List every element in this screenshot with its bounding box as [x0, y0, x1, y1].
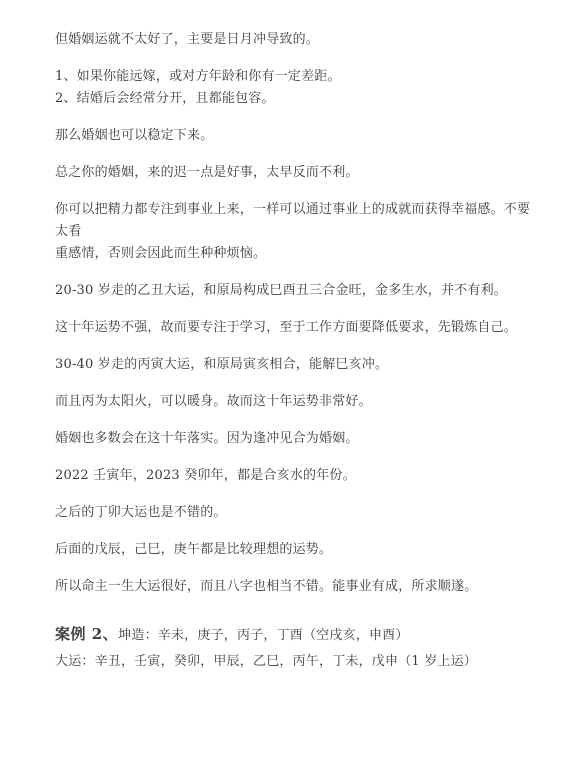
paragraph-years-2022-2023: 2022 壬寅年，2023 癸卯年，都是合亥水的年份。 [55, 465, 532, 487]
paragraph-conclusion: 所以命主一生大运很好，而且八字也相当不错。能事业有成，所求顺遂。 [55, 576, 532, 598]
paragraph-marriage-decade: 婚姻也多数会在这十年落实。因为逢冲见合为婚姻。 [55, 428, 532, 450]
paragraph-decade-weak: 这十年运势不强，故而要专注于学习，至于工作方面要降低要求，先锻炼自己。 [55, 317, 532, 339]
paragraph-career-focus: 你可以把精力都专注到事业上来，一样可以通过事业上的成就而获得幸福感。不要太看 重… [55, 199, 532, 265]
paragraph-later-dayun: 后面的戊辰，己巳，庚午都是比较理想的运势。 [55, 539, 532, 561]
paragraph-marriage-late: 总之你的婚姻，来的迟一点是好事，太早反而不利。 [55, 162, 532, 184]
paragraph-numbered-list: 1、如果你能远嫁，或对方年龄和你有一定差距。 2、结婚后会经常分开，且都能包容。 [55, 66, 532, 110]
document-page: { "page": { "background": "#ffffff", "te… [0, 0, 586, 760]
paragraph-bingyin-dayun: 30-40 岁走的丙寅大运，和原局寅亥相合，能解巳亥冲。 [55, 354, 532, 376]
paragraph-dingmao-dayun: 之后的丁卯大运也是不错的。 [55, 502, 532, 524]
case2-heading: 案例 2、坤造：辛未，庚子，丙子，丁酉（空戌亥，申酉） [55, 621, 532, 649]
case2-intro: 坤造：辛未，庚子，丙子，丁酉（空戌亥，申酉） [118, 628, 408, 643]
case2-dayun: 大运：辛丑，壬寅，癸卯，甲辰，乙巳，丙午，丁未，戊申（1 岁上运） [55, 649, 532, 675]
paragraph-marriage-luck: 但婚姻运就不太好了，主要是日月冲导致的。 [55, 29, 532, 51]
document-content: 但婚姻运就不太好了，主要是日月冲导致的。 1、如果你能远嫁，或对方年龄和你有一定… [0, 0, 586, 675]
paragraph-bing-sun-fire: 而且丙为太阳火，可以暖身。故而这十年运势非常好。 [55, 391, 532, 413]
paragraph-marriage-stable: 那么婚姻也可以稳定下来。 [55, 125, 532, 147]
paragraph-yichou-dayun: 20-30 岁走的乙丑大运，和原局构成巳酉丑三合金旺，金多生水，并不有利。 [55, 280, 532, 302]
case2-label: 案例 2、 [55, 625, 118, 643]
